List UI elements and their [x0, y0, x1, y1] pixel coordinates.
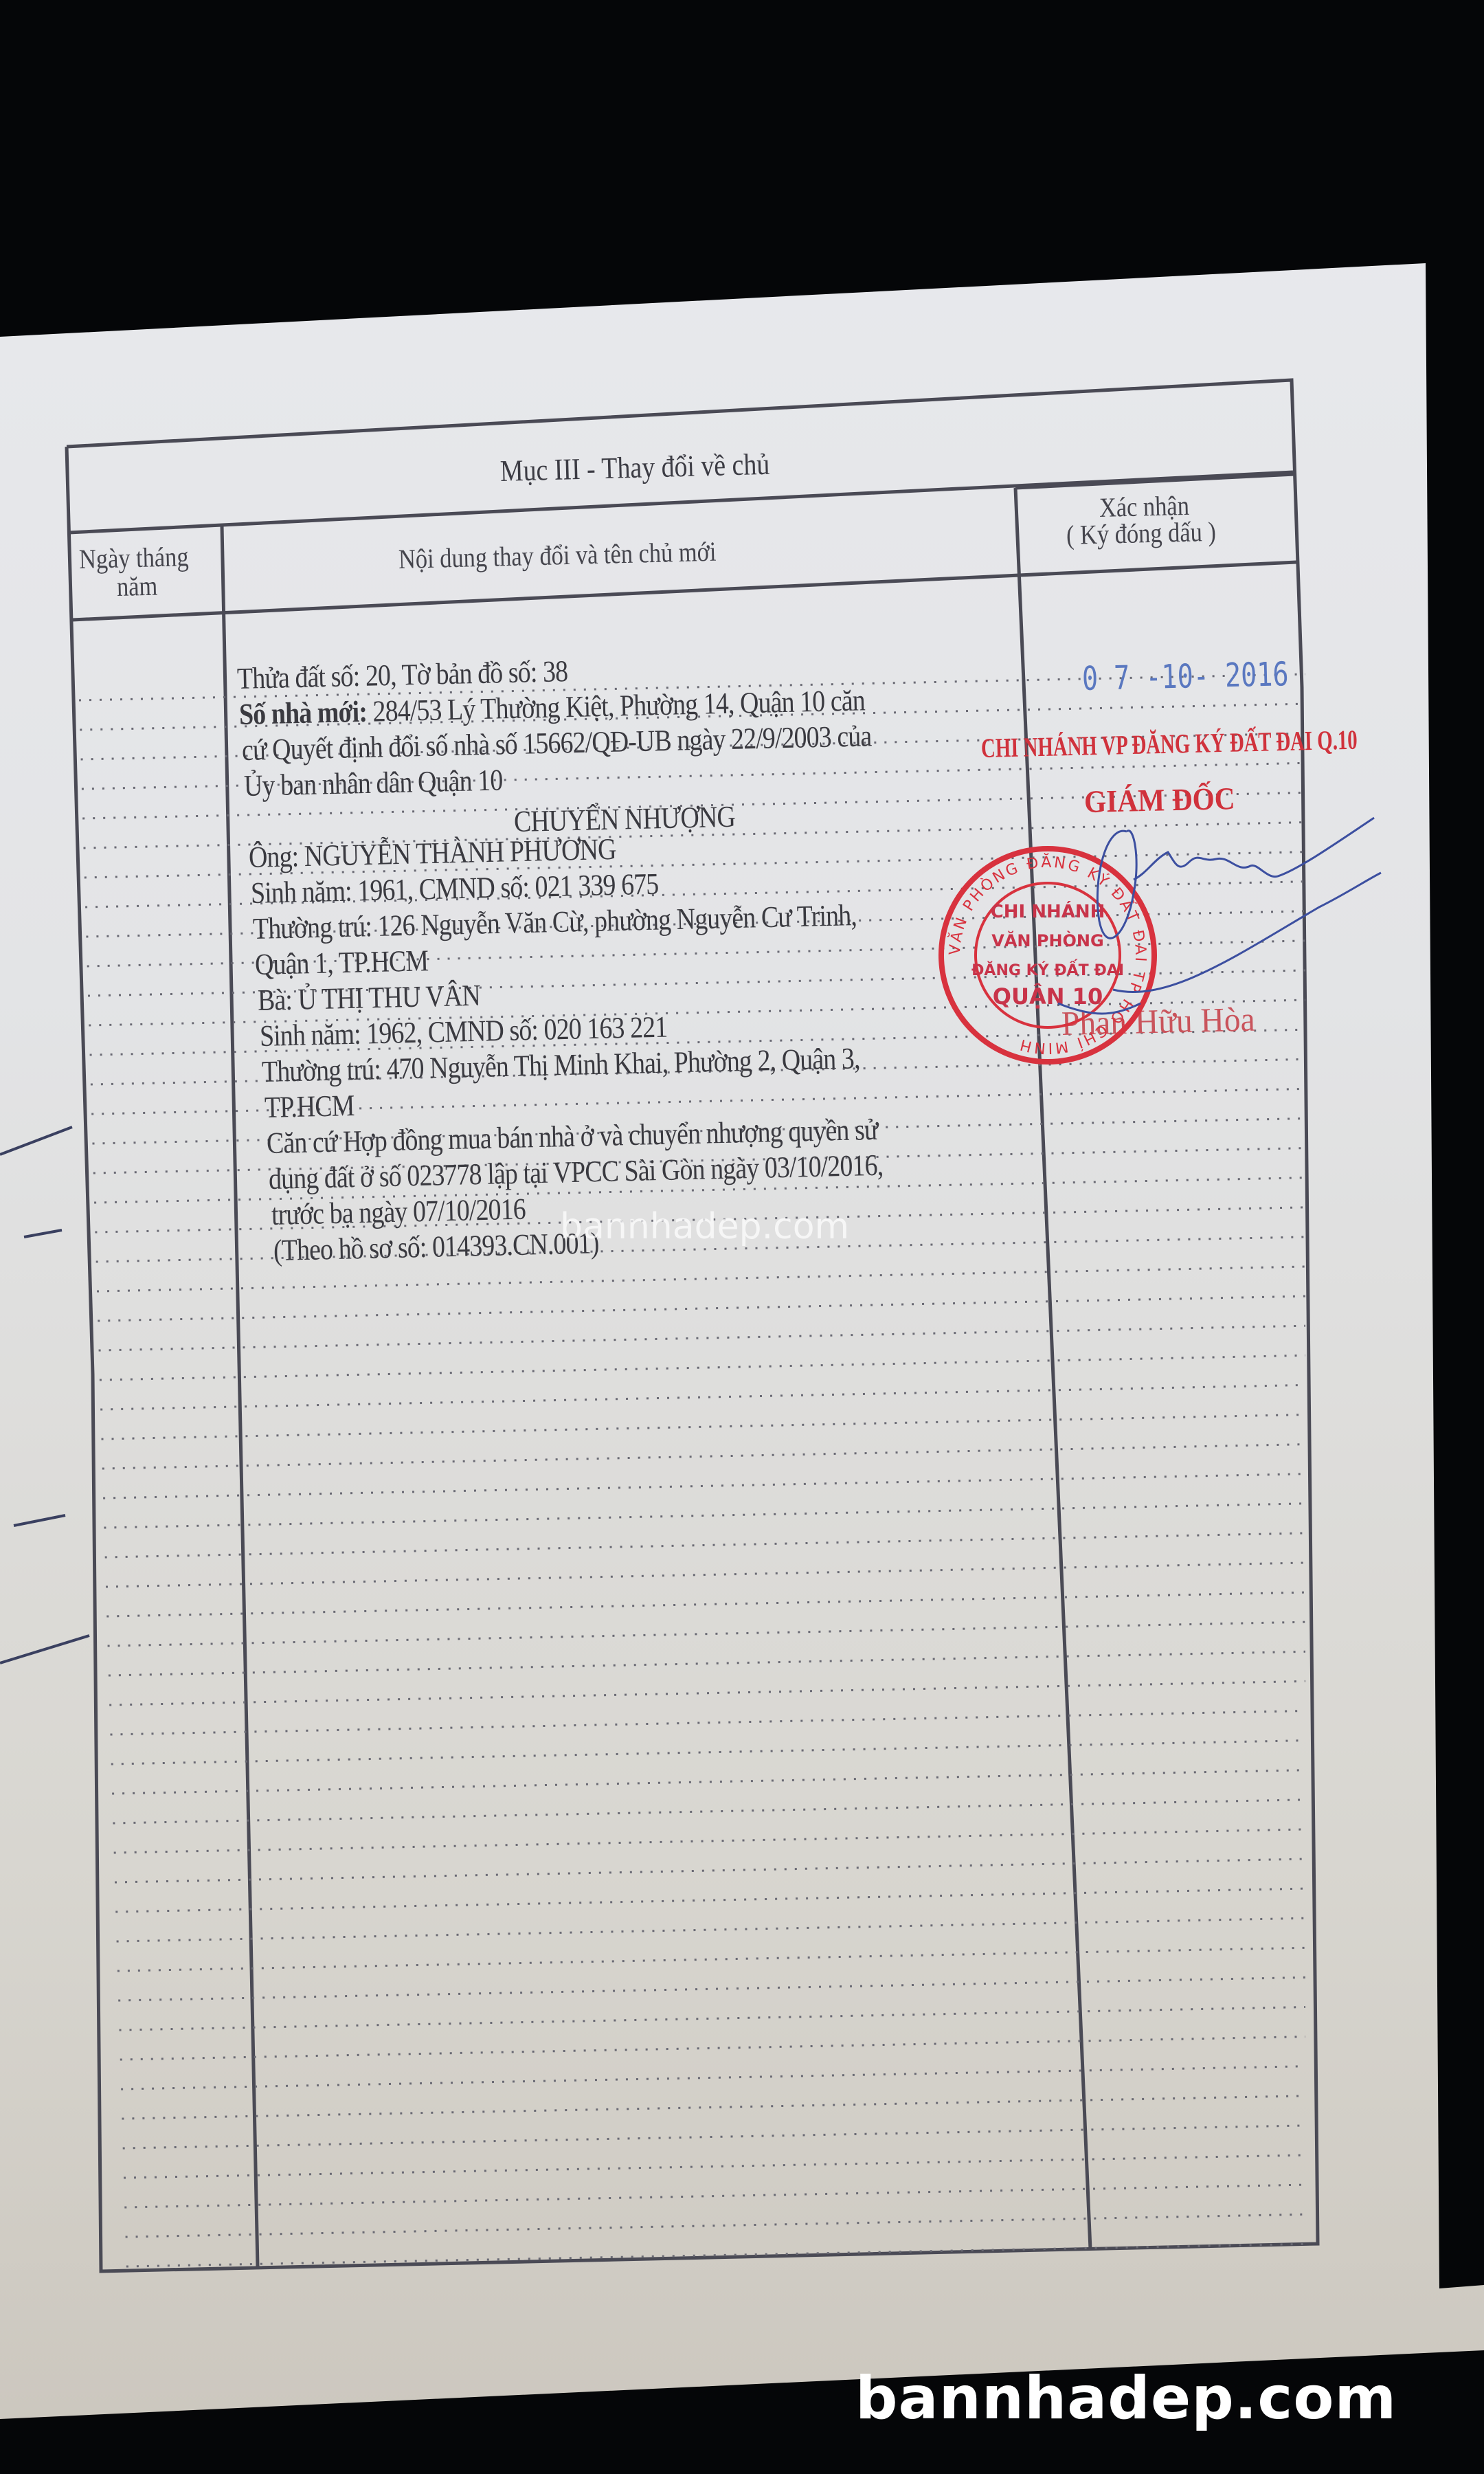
faint-watermark: bannhadep.com — [560, 1206, 849, 1247]
entry-line-text: Thửa đất số: 20, Tờ bản đồ số: 38 — [236, 654, 567, 695]
entry-line: Bà: Ủ THỊ THU VÂN — [257, 978, 480, 1018]
date-stamp: 0 7 -10- 2016 — [1081, 655, 1289, 698]
entry-line: Quận 1, TP.HCM — [255, 943, 429, 982]
entry-line: Ủy ban nhân dân Quận 10 — [243, 762, 502, 803]
entry-line: TP.HCM — [264, 1088, 355, 1125]
corner-watermark: bannhadep.com — [855, 2364, 1397, 2433]
document-page: Mục III - Thay đổi về chủ Ngày tháng năm… — [0, 0, 1484, 2474]
entry-line-text: Quận 1, TP.HCM — [255, 944, 429, 981]
entry-line-text: trước bạ ngày 07/10/2016 — [271, 1192, 526, 1232]
entry-line-text: (Theo hồ sơ số: 014393.CN.001) — [273, 1226, 598, 1267]
entry-line: Thửa đất số: 20, Tờ bản đồ số: 38 — [236, 654, 567, 696]
entry-line-text: TP.HCM — [264, 1089, 355, 1124]
entry-line-label: Số nhà mới: — [239, 695, 368, 731]
entry-line: (Theo hồ sơ số: 014393.CN.001) — [273, 1225, 599, 1268]
signature — [1031, 797, 1388, 1031]
column-header-confirm-line2: ( Ký đóng dấu ) — [1066, 515, 1216, 551]
entry-line-text: Ủy ban nhân dân Quận 10 — [243, 763, 502, 803]
entry-line: trước bạ ngày 07/10/2016 — [271, 1192, 526, 1232]
section-title: Mục III - Thay đổi về chủ — [499, 447, 769, 489]
column-header-date-line2: năm — [116, 570, 157, 603]
entry-line-text: Bà: Ủ THỊ THU VÂN — [257, 979, 480, 1017]
